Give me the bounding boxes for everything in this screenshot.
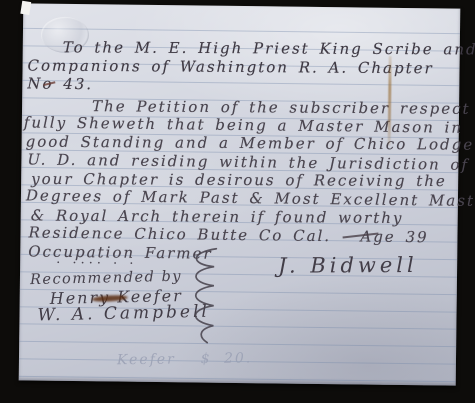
recommended-by-label: Recommended by bbox=[30, 269, 182, 288]
bidwell-signature: J. Bidwell bbox=[278, 253, 418, 278]
chapter-number-line: No 43. bbox=[27, 74, 93, 93]
spiral-flourish bbox=[177, 245, 230, 346]
salutation-line: To the M. E. High Priest King Scribe and bbox=[63, 38, 475, 58]
petition-paper: To the M. E. High Priest King Scribe and… bbox=[19, 3, 461, 385]
paper-corner-sliver bbox=[20, 1, 31, 15]
pencil-note: Keefer $ 20. bbox=[117, 350, 253, 368]
document-photo: To the M. E. High Priest King Scribe and… bbox=[0, 0, 475, 403]
